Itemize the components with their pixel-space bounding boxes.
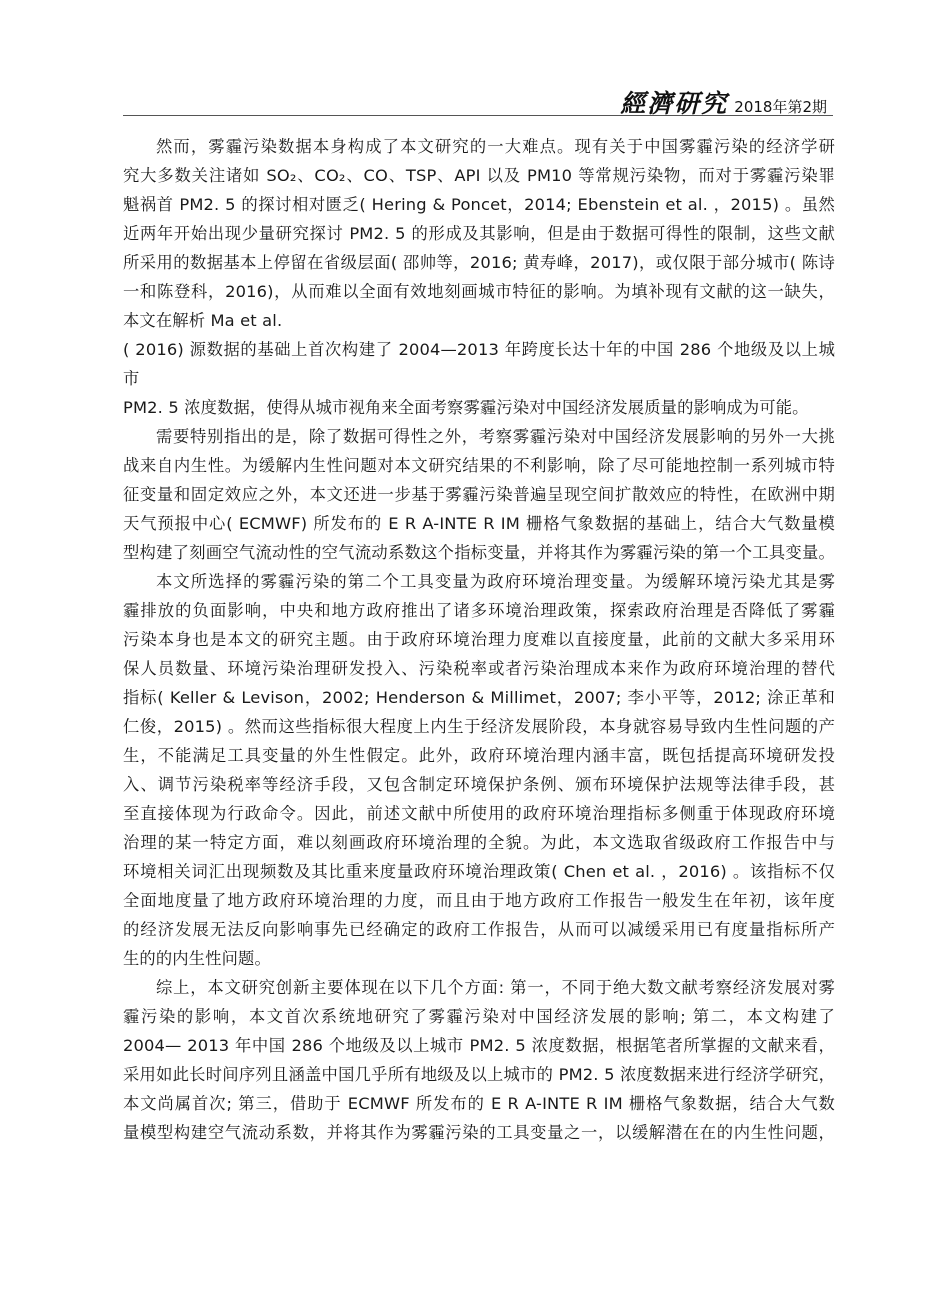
text-line: 战来自内生性。为缓解内生性问题对本文研究结果的不利影响，除了尽可能地控制一系列城…: [123, 451, 835, 480]
text-line: 量模型构建空气流动系数，并将其作为雾霾污染的工具变量之一，以缓解潜在在的内生性问…: [123, 1118, 835, 1147]
text-line: 综上，本文研究创新主要体现在以下几个方面: 第一，不同于绝大数文献考察经济发展对…: [123, 973, 835, 1002]
text-line: 一和陈登科，2016)，从而难以全面有效地刻画城市特征的影响。为填补现有文献的这…: [123, 277, 835, 306]
text-line: 全面地度量了地方政府环境治理的力度，而且由于地方政府工作报告一般发生在年初，该年…: [123, 886, 835, 915]
text-line: 环境相关词汇出现频数及其比重来度量政府环境治理政策( Chen et al. ，…: [123, 857, 835, 886]
issue-number: 2018年第2期: [734, 96, 827, 117]
text-line: 天气预报中心( ECMWF) 所发布的 E R A-INTE R IM 栅格气象…: [123, 509, 835, 538]
text-line: 市: [123, 364, 835, 393]
paragraph: 本文所选择的雾霾污染的第二个工具变量为政府环境治理变量。为缓解环境污染尤其是雾 …: [123, 567, 835, 973]
text-line: 近两年开始出现少量研究探讨 PM2. 5 的形成及其影响，但是由于数据可得性的限…: [123, 219, 835, 248]
text-line: 本文在解析 Ma et al.: [123, 306, 835, 335]
article-body: 然而，雾霾污染数据本身构成了本文研究的一大难点。现有关于中国雾霾污染的经济学研 …: [123, 132, 835, 1147]
text-line: 生的的内生性问题。: [123, 944, 835, 973]
text-line: 采用如此长时间序列且涵盖中国几乎所有地级及以上城市的 PM2. 5 浓度数据来进…: [123, 1060, 835, 1089]
text-line: 霾排放的负面影响，中央和地方政府推出了诸多环境治理政策，探索政府治理是否降低了雾…: [123, 596, 835, 625]
text-line: 型构建了刻画空气流动性的空气流动系数这个指标变量，并将其作为雾霾污染的第一个工具…: [123, 538, 835, 567]
text-line: 然而，雾霾污染数据本身构成了本文研究的一大难点。现有关于中国雾霾污染的经济学研: [123, 132, 835, 161]
paragraph: 综上，本文研究创新主要体现在以下几个方面: 第一，不同于绝大数文献考察经济发展对…: [123, 973, 835, 1147]
text-line: 保人员数量、环境污染治理研发投入、污染税率或者污染治理成本来作为政府环境治理的替…: [123, 654, 835, 683]
journal-masthead: 經濟研究 2018年第2期: [620, 84, 827, 120]
text-line: 霾污染的影响，本文首次系统地研究了雾霾污染对中国经济发展的影响; 第二，本文构建…: [123, 1002, 835, 1031]
text-line: 本文所选择的雾霾污染的第二个工具变量为政府环境治理变量。为缓解环境污染尤其是雾: [123, 567, 835, 596]
text-line: 征变量和固定效应之外，本文还进一步基于雾霾污染普遍呈现空间扩散效应的特性，在欧洲…: [123, 480, 835, 509]
text-line: 污染本身也是本文的研究主题。由于政府环境治理力度难以直接度量，此前的文献大多采用…: [123, 625, 835, 654]
text-line: 魁祸首 PM2. 5 的探讨相对匮乏( Hering & Poncet，2014…: [123, 190, 835, 219]
text-line: 本文尚属首次; 第三，借助于 ECMWF 所发布的 E R A-INTE R I…: [123, 1089, 835, 1118]
text-line: 的经济发展无法反向影响事先已经确定的政府工作报告，从而可以减缓采用已有度量指标所…: [123, 915, 835, 944]
text-line: 指标( Keller & Levison，2002; Henderson & M…: [123, 683, 835, 712]
page-header: 經濟研究 2018年第2期: [123, 84, 833, 116]
text-line: 治理的某一特定方面，难以刻画政府环境治理的全貌。为此，本文选取省级政府工作报告中…: [123, 828, 835, 857]
text-line: 生，不能满足工具变量的外生性假定。此外，政府环境治理内涵丰富，既包括提高环境研发…: [123, 741, 835, 770]
journal-name: 經濟研究: [620, 84, 728, 120]
text-line: 究大多数关注诸如 SO₂、CO₂、CO、TSP、API 以及 PM10 等常规污…: [123, 161, 835, 190]
text-line: 需要特别指出的是，除了数据可得性之外，考察雾霾污染对中国经济发展影响的另外一大挑: [123, 422, 835, 451]
text-line: ( 2016) 源数据的基础上首次构建了 2004—2013 年跨度长达十年的中…: [123, 335, 835, 364]
text-line: 至直接体现为行政命令。因此，前述文献中所使用的政府环境治理指标多侧重于体现政府环…: [123, 799, 835, 828]
text-line: PM2. 5 浓度数据，使得从城市视角来全面考察雾霾污染对中国经济发展质量的影响…: [123, 393, 835, 422]
text-line: 仁俊，2015) 。然而这些指标很大程度上内生于经济发展阶段，本身就容易导致内生…: [123, 712, 835, 741]
paragraph: 需要特别指出的是，除了数据可得性之外，考察雾霾污染对中国经济发展影响的另外一大挑…: [123, 422, 835, 567]
paragraph: 然而，雾霾污染数据本身构成了本文研究的一大难点。现有关于中国雾霾污染的经济学研 …: [123, 132, 835, 422]
text-line: 所采用的数据基本上停留在省级层面( 邵帅等，2016; 黄寿峰，2017)，或仅…: [123, 248, 835, 277]
text-line: 入、调节污染税率等经济手段，又包含制定环境保护条例、颁布环境保护法规等法律手段，…: [123, 770, 835, 799]
text-line: 2004— 2013 年中国 286 个地级及以上城市 PM2. 5 浓度数据，…: [123, 1031, 835, 1060]
